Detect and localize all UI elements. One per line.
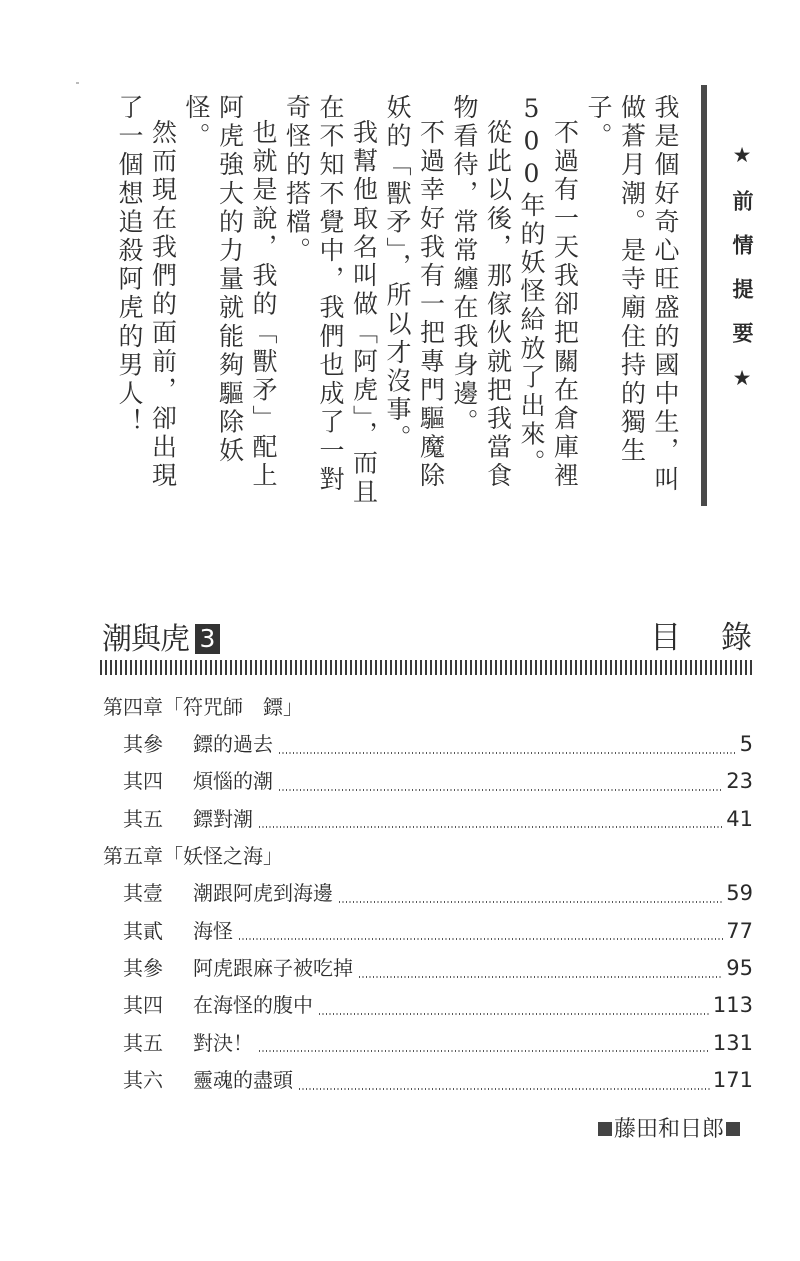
toc-list: 第四章「符咒師 鏢」 其參 鏢的過去 5 其四 煩惱的潮 23 其五 鏢對潮 4… xyxy=(103,692,753,1103)
book-title-text: 潮與虎 xyxy=(102,622,189,657)
episode-title: 靈魂的盡頭 xyxy=(193,1065,299,1095)
tick-rule-divider xyxy=(100,660,755,675)
episode-number: 其五 xyxy=(123,804,193,834)
page-number: 77 xyxy=(723,916,753,946)
page-number: 23 xyxy=(723,766,753,796)
heading-char: 情 xyxy=(730,234,754,278)
book-title: 潮與虎3 xyxy=(102,614,220,658)
episode-title: 阿虎跟麻子被吃掉 xyxy=(193,953,359,983)
dot-leader xyxy=(339,901,723,903)
dot-leader xyxy=(279,789,723,791)
synopsis-section: ★前情提要★ 我是個好奇心旺盛的國中生，叫做蒼月潮。是寺廟住持的獨生子。 不過有… xyxy=(0,0,800,560)
synopsis-paragraph: 從此以後，那傢伙就把我當食物看待，常常纏在我身邊。 xyxy=(448,94,515,514)
page-number: 171 xyxy=(710,1065,753,1095)
episode-title: 海怪 xyxy=(193,916,239,946)
episode-title: 潮跟阿虎到海邊 xyxy=(193,878,339,908)
toc-entry[interactable]: 其參 鏢的過去 5 xyxy=(103,729,753,766)
heading-char: 要 xyxy=(730,322,754,366)
toc-entry[interactable]: 其六 靈魂的盡頭 171 xyxy=(103,1065,753,1102)
synopsis-paragraph: 我是個好奇心旺盛的國中生，叫做蒼月潮。是寺廟住持的獨生子。 xyxy=(582,94,683,514)
synopsis-heading: ★前情提要★ xyxy=(731,143,753,413)
dot-leader xyxy=(239,938,723,940)
author-credit: 藤田和日郎 xyxy=(596,1112,742,1143)
heading-char: 提 xyxy=(730,278,754,322)
toc-entry[interactable]: 其五 對決！ 131 xyxy=(103,1028,753,1065)
synopsis-paragraph: 不過幸好我有一把專門驅魔除妖的「獸矛」，所以才沒事。 xyxy=(381,94,448,514)
page-number: 131 xyxy=(710,1028,753,1058)
toc-entry[interactable]: 其貳 海怪 77 xyxy=(103,916,753,953)
synopsis-paragraph: 然而現在我們的面前，卻出現了一個想追殺阿虎的男人！ xyxy=(113,94,180,514)
dot-leader xyxy=(359,976,723,978)
chapter-heading: 第四章「符咒師 鏢」 xyxy=(103,692,753,729)
episode-title: 在海怪的腹中 xyxy=(193,990,319,1020)
episode-number: 其參 xyxy=(123,953,193,983)
chapter-heading: 第五章「妖怪之海」 xyxy=(103,841,753,878)
synopsis-paragraph: 不過有一天我卻把關在倉庫裡500年的妖怪給放了出來。 xyxy=(515,94,582,514)
page-number: 95 xyxy=(723,953,753,983)
episode-number: 其壹 xyxy=(123,878,193,908)
star-icon: ★ xyxy=(730,366,754,413)
page-number: 5 xyxy=(737,729,753,759)
episode-number: 其參 xyxy=(123,729,193,759)
episode-number: 其四 xyxy=(123,766,193,796)
episode-number: 其四 xyxy=(123,990,193,1020)
episode-number: 其六 xyxy=(123,1065,193,1095)
square-bullet-icon xyxy=(598,1122,612,1136)
author-name: 藤田和日郎 xyxy=(614,1117,724,1142)
episode-title: 煩惱的潮 xyxy=(193,766,279,796)
episode-title: 鏢的過去 xyxy=(193,729,279,759)
synopsis-paragraph: 也就是說，我的「獸矛」配上阿虎強大的力量就能夠驅除妖怪。 xyxy=(180,94,281,514)
dot-leader xyxy=(259,1050,710,1052)
toc-entry[interactable]: 其壹 潮跟阿虎到海邊 59 xyxy=(103,878,753,915)
dot-leader xyxy=(259,826,723,828)
episode-title: 對決！ xyxy=(193,1028,259,1058)
print-speck xyxy=(76,82,79,84)
square-bullet-icon xyxy=(726,1122,740,1136)
dot-leader xyxy=(279,752,737,754)
toc-entry[interactable]: 其五 鏢對潮 41 xyxy=(103,804,753,841)
vertical-divider-bar xyxy=(701,85,707,506)
episode-number: 其五 xyxy=(123,1028,193,1058)
page-number: 113 xyxy=(710,990,753,1020)
toc-entry[interactable]: 其參 阿虎跟麻子被吃掉 95 xyxy=(103,953,753,990)
toc-entry[interactable]: 其四 在海怪的腹中 113 xyxy=(103,990,753,1027)
dot-leader xyxy=(319,1013,710,1015)
page-number: 41 xyxy=(723,804,753,834)
episode-title: 鏢對潮 xyxy=(193,804,259,834)
toc-entry[interactable]: 其四 煩惱的潮 23 xyxy=(103,766,753,803)
episode-number: 其貳 xyxy=(123,916,193,946)
toc-label: 目錄 xyxy=(650,612,792,657)
volume-badge: 3 xyxy=(195,624,220,654)
synopsis-text: 我是個好奇心旺盛的國中生，叫做蒼月潮。是寺廟住持的獨生子。 不過有一天我卻把關在… xyxy=(113,94,683,514)
synopsis-paragraph: 我幫他取名叫做「阿虎」，而且在不知不覺中，我們也成了一對奇怪的搭檔。 xyxy=(280,94,381,514)
toc-header: 潮與虎3 目錄 xyxy=(102,614,752,658)
heading-char: 前 xyxy=(730,190,754,234)
dot-leader xyxy=(299,1088,710,1090)
star-icon: ★ xyxy=(730,143,754,190)
page-number: 59 xyxy=(723,878,753,908)
